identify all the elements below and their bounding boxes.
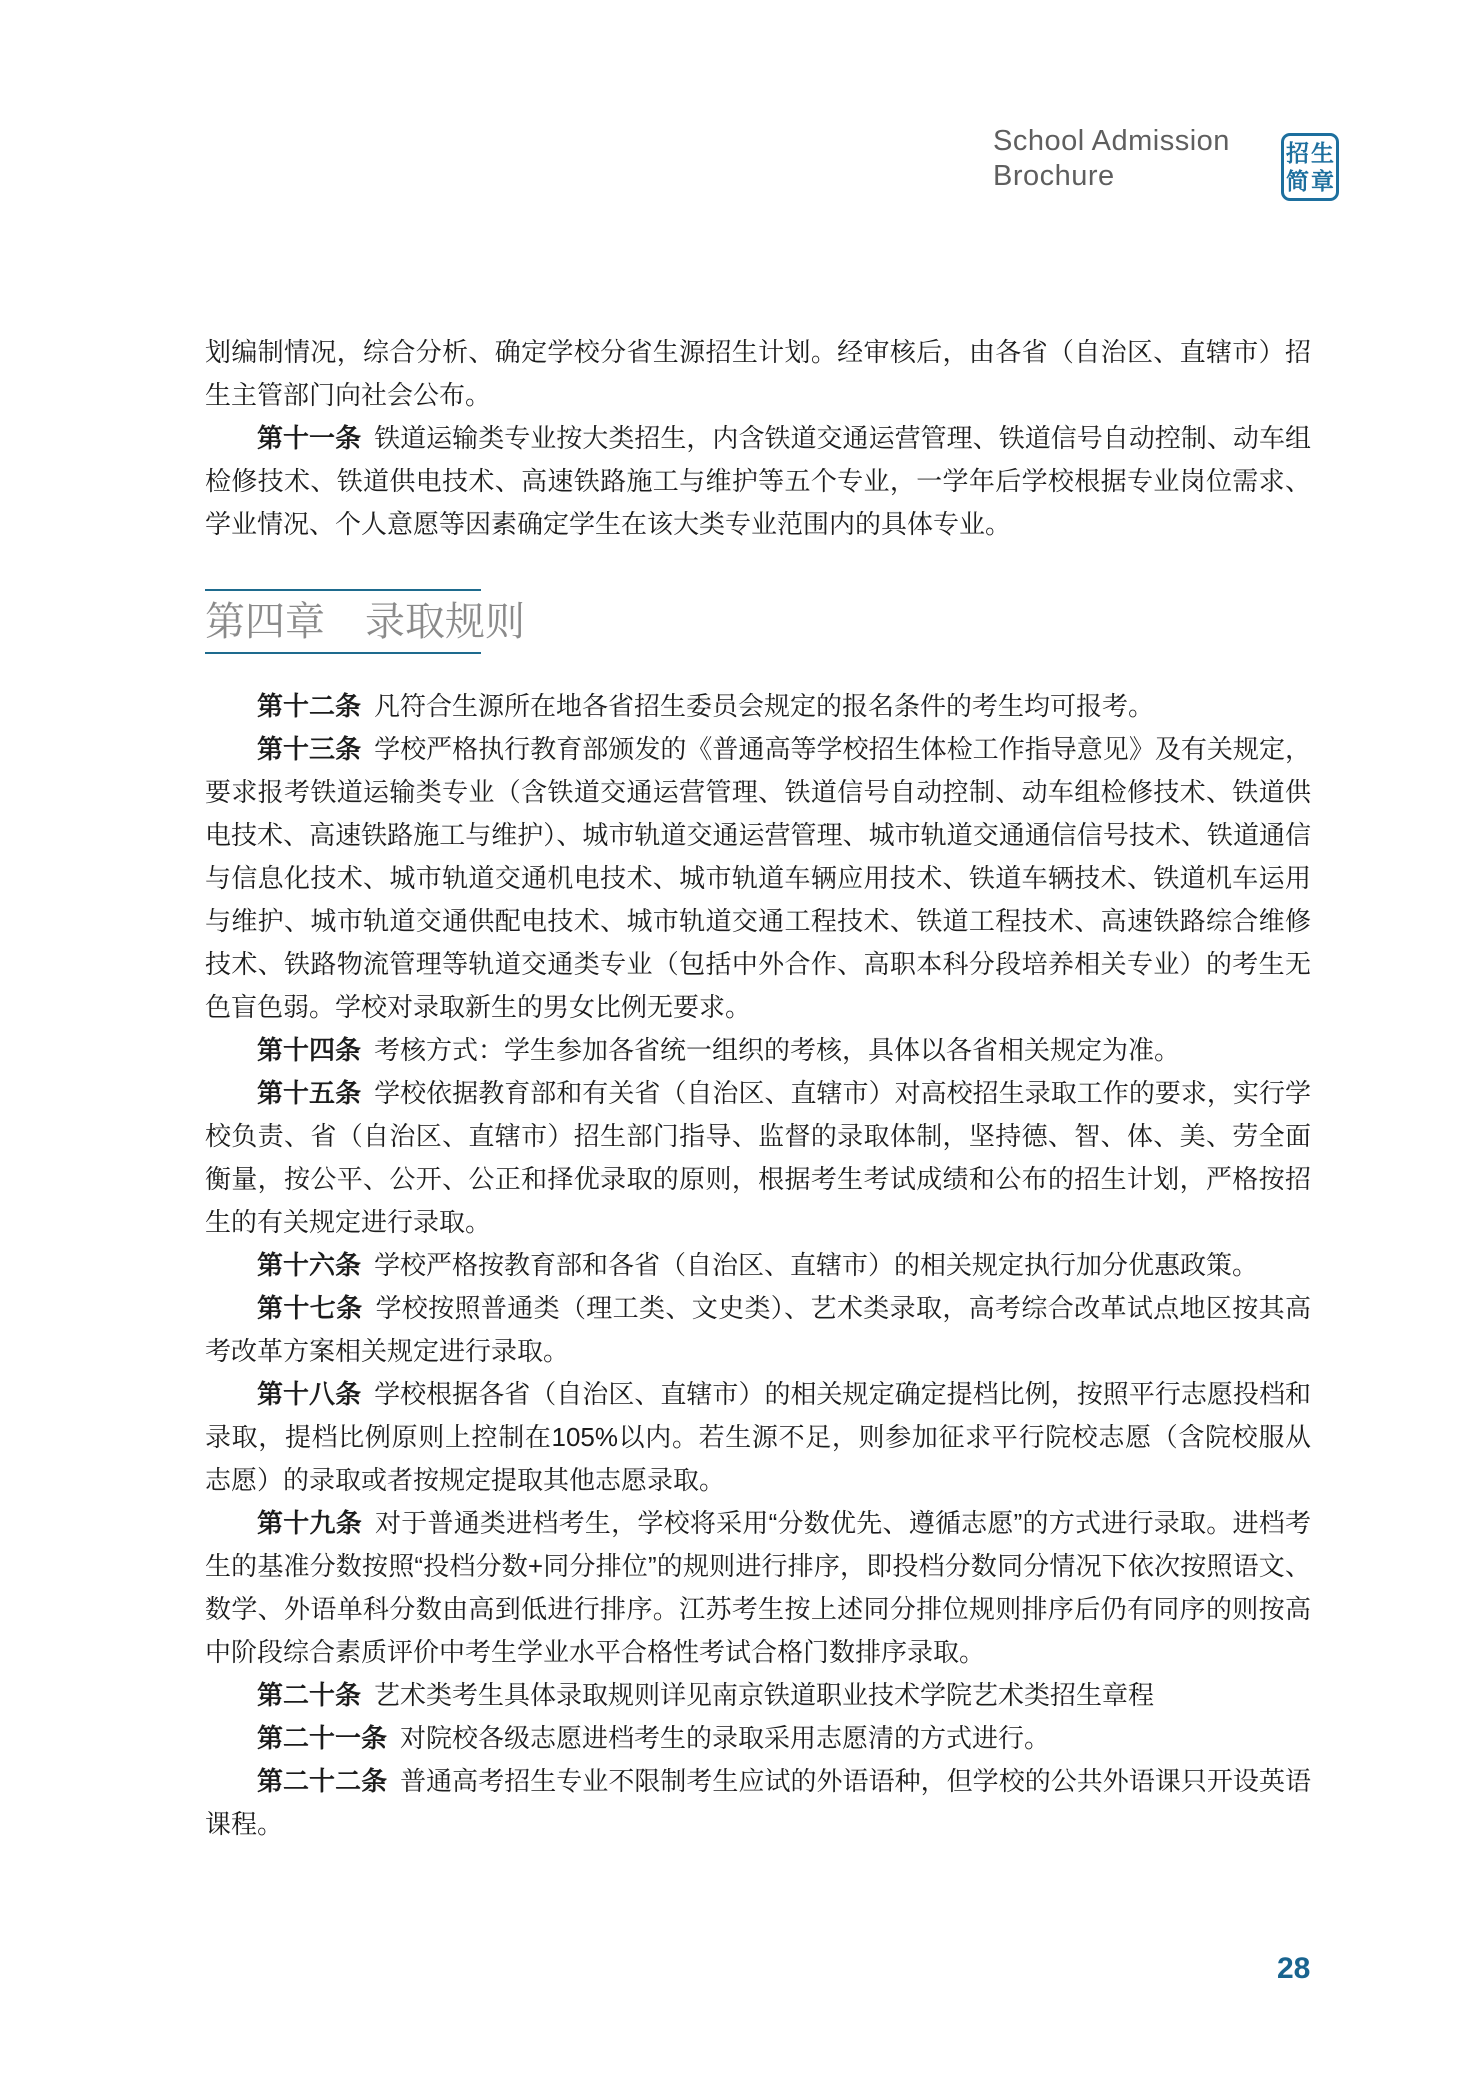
- paragraph-article-20: 第二十条艺术类考生具体录取规则详见南京铁道职业技术学院艺术类招生章程: [205, 1674, 1311, 1717]
- article-text: 凡符合生源所在地各省招生委员会规定的报名条件的考生均可报考。: [374, 691, 1154, 721]
- paragraph-article-21: 第二十一条对院校各级志愿进档考生的录取采用志愿清的方式进行。: [205, 1717, 1311, 1760]
- article-text: 学校严格执行教育部颁发的《普通高等学校招生体检工作指导意见》及有关规定，要求报考…: [205, 734, 1311, 1022]
- seal-row2: 简章: [1284, 167, 1336, 195]
- header-title: School Admission Brochure: [993, 124, 1230, 194]
- seal-row1: 招生: [1284, 139, 1336, 167]
- paragraph-article-14: 第十四条考核方式：学生参加各省统一组织的考核，具体以各省相关规定为准。: [205, 1029, 1311, 1072]
- paragraph-article-19: 第十九条对于普通类进档考生，学校将采用“分数优先、遵循志愿”的方式进行录取。进档…: [205, 1502, 1311, 1674]
- paragraph-article-17: 第十七条学校按照普通类（理工类、文史类）、艺术类录取，高考综合改革试点地区按其高…: [205, 1287, 1311, 1373]
- article-text: 艺术类考生具体录取规则详见南京铁道职业技术学院艺术类招生章程: [374, 1680, 1154, 1710]
- header-title-line1: School Admission: [993, 124, 1230, 159]
- paragraph-article-16: 第十六条学校严格按教育部和各省（自治区、直辖市）的相关规定执行加分优惠政策。: [205, 1244, 1311, 1287]
- paragraph-article-22: 第二十二条普通高考招生专业不限制考生应试的外语语种，但学校的公共外语课只开设英语…: [205, 1760, 1311, 1846]
- paragraph-article-12: 第十二条凡符合生源所在地各省招生委员会规定的报名条件的考生均可报考。: [205, 685, 1311, 728]
- admission-seal-logo: 招生 简章: [1281, 133, 1339, 201]
- paragraph-article-11: 第十一条铁道运输类专业按大类招生，内含铁道交通运营管理、铁道信号自动控制、动车组…: [205, 417, 1311, 546]
- header-title-line2: Brochure: [993, 159, 1230, 194]
- paragraph-article-13: 第十三条学校严格执行教育部颁发的《普通高等学校招生体检工作指导意见》及有关规定，…: [205, 728, 1311, 1029]
- brochure-page: School Admission Brochure 招生 简章 划编制情况，综合…: [0, 0, 1481, 2095]
- paragraph-article-18: 第十八条学校根据各省（自治区、直辖市）的相关规定确定提档比例，按照平行志愿投档和…: [205, 1373, 1311, 1502]
- article-label: 第二十一条: [257, 1723, 400, 1753]
- chapter-heading-block: 第四章 录取规则: [205, 589, 481, 654]
- page-number: 28: [1277, 1952, 1310, 1986]
- chapter-title: 第四章 录取规则: [205, 600, 481, 644]
- article-label: 第十八条: [257, 1379, 374, 1409]
- article-label: 第十四条: [257, 1035, 374, 1065]
- paragraph-text: 划编制情况，综合分析、确定学校分省生源招生计划。经审核后，由各省（自治区、直辖市…: [205, 337, 1311, 410]
- article-label: 第十七条: [257, 1293, 375, 1323]
- article-label: 第十二条: [257, 691, 374, 721]
- document-body: 划编制情况，综合分析、确定学校分省生源招生计划。经审核后，由各省（自治区、直辖市…: [205, 331, 1311, 1846]
- article-text: 对院校各级志愿进档考生的录取采用志愿清的方式进行。: [400, 1723, 1050, 1753]
- article-label: 第二十条: [257, 1680, 374, 1710]
- article-label: 第十一条: [257, 423, 374, 453]
- article-label: 第十九条: [257, 1508, 375, 1538]
- paragraph-article-15: 第十五条学校依据教育部和有关省（自治区、直辖市）对高校招生录取工作的要求，实行学…: [205, 1072, 1311, 1244]
- article-label: 第二十二条: [257, 1766, 400, 1796]
- article-text: 学校严格按教育部和各省（自治区、直辖市）的相关规定执行加分优惠政策。: [374, 1250, 1258, 1280]
- article-text: 考核方式：学生参加各省统一组织的考核，具体以各省相关规定为准。: [374, 1035, 1180, 1065]
- article-label: 第十五条: [257, 1078, 374, 1108]
- article-label: 第十三条: [257, 734, 374, 764]
- paragraph-continuation: 划编制情况，综合分析、确定学校分省生源招生计划。经审核后，由各省（自治区、直辖市…: [205, 331, 1311, 417]
- article-label: 第十六条: [257, 1250, 374, 1280]
